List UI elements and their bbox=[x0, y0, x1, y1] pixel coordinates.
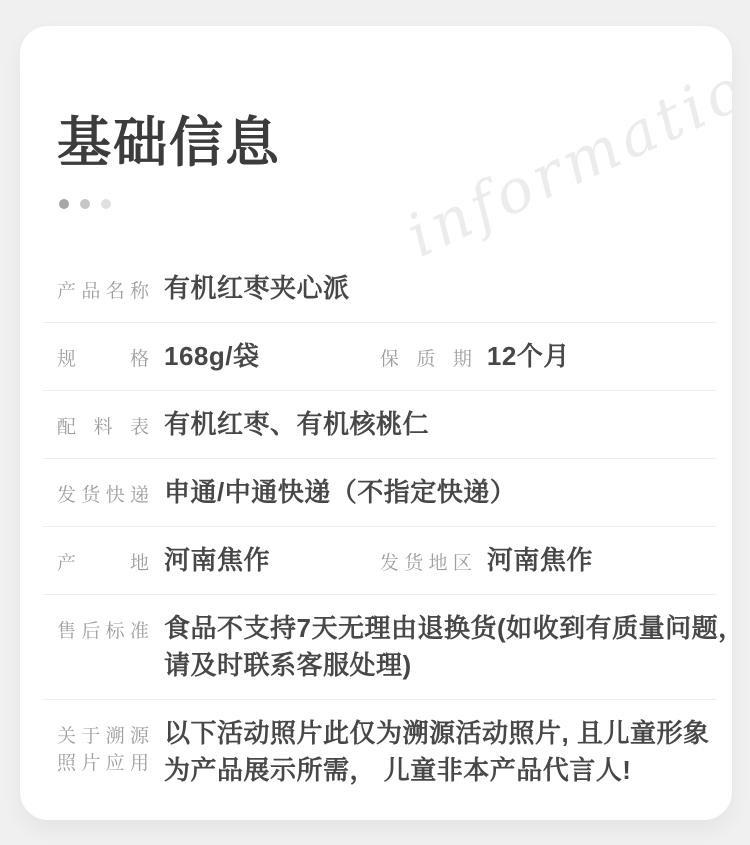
field-value: 12个月 bbox=[487, 338, 570, 375]
pagination-dot bbox=[59, 199, 69, 209]
field-value-line: 食品不支持7天无理由退换货(如收到有质量问题， bbox=[164, 610, 716, 647]
card-content: 基础信息 产品名称 有机红枣夹心派 规格 168g/袋 保质期 12个月 bbox=[20, 26, 732, 804]
field-value-line: 为产品展示所需， 儿童非本产品代言人! bbox=[164, 752, 709, 789]
field-label: 产地 bbox=[57, 550, 149, 577]
section-title: 基础信息 bbox=[57, 110, 716, 177]
row-origin-ship-area: 产地 河南焦作 发货地区 河南焦作 bbox=[43, 527, 716, 595]
row-after-sales: 售后标准 食品不支持7天无理由退换货(如收到有质量问题， 请及时联系客服处理) bbox=[43, 595, 716, 700]
field-value: 以下活动照片此仅为溯源活动照片, 且儿童形象 为产品展示所需， 儿童非本产品代言… bbox=[164, 715, 709, 789]
field-value: 168g/袋 bbox=[164, 338, 260, 375]
pair-spec: 规格 168g/袋 bbox=[57, 338, 380, 375]
row-ingredients: 配料表 有机红枣、有机核桃仁 bbox=[43, 391, 716, 459]
info-table: 产品名称 有机红枣夹心派 规格 168g/袋 保质期 12个月 配料表 有机红枣… bbox=[43, 255, 716, 804]
row-spec-shelf-life: 规格 168g/袋 保质期 12个月 bbox=[43, 323, 716, 391]
pagination-dot bbox=[80, 199, 90, 209]
field-label: 保质期 bbox=[380, 346, 472, 373]
field-value: 申通/中通快递（不指定快递） bbox=[164, 474, 516, 511]
field-value-line: 请及时联系客服处理) bbox=[164, 647, 716, 684]
field-label: 规格 bbox=[57, 346, 149, 373]
field-value: 有机红枣、有机核桃仁 bbox=[164, 406, 429, 443]
product-info-card: information 基础信息 产品名称 有机红枣夹心派 规格 168g/袋 … bbox=[20, 26, 732, 820]
field-value: 有机红枣夹心派 bbox=[164, 270, 350, 307]
field-label: 发货快递 bbox=[57, 482, 149, 509]
field-label: 配料表 bbox=[57, 414, 149, 441]
field-label: 售后标准 bbox=[57, 618, 149, 645]
field-value: 食品不支持7天无理由退换货(如收到有质量问题， 请及时联系客服处理) bbox=[164, 610, 716, 684]
pair-shelf-life: 保质期 12个月 bbox=[380, 338, 716, 375]
row-product-name: 产品名称 有机红枣夹心派 bbox=[43, 255, 716, 323]
field-value: 河南焦作 bbox=[487, 542, 593, 579]
pagination-dots bbox=[59, 199, 716, 209]
field-value-line: 以下活动照片此仅为溯源活动照片, 且儿童形象 bbox=[164, 715, 709, 752]
field-value: 河南焦作 bbox=[164, 542, 270, 579]
row-shipping-express: 发货快递 申通/中通快递（不指定快递） bbox=[43, 459, 716, 527]
field-label: 发货地区 bbox=[380, 550, 472, 577]
row-traceability-photos: 关于溯源照片应用 以下活动照片此仅为溯源活动照片, 且儿童形象 为产品展示所需，… bbox=[43, 700, 716, 804]
pagination-dot bbox=[101, 199, 111, 209]
pair-ship-area: 发货地区 河南焦作 bbox=[380, 542, 716, 579]
field-label: 产品名称 bbox=[57, 278, 149, 305]
pair-origin: 产地 河南焦作 bbox=[57, 542, 380, 579]
field-label: 关于溯源照片应用 bbox=[57, 723, 149, 777]
